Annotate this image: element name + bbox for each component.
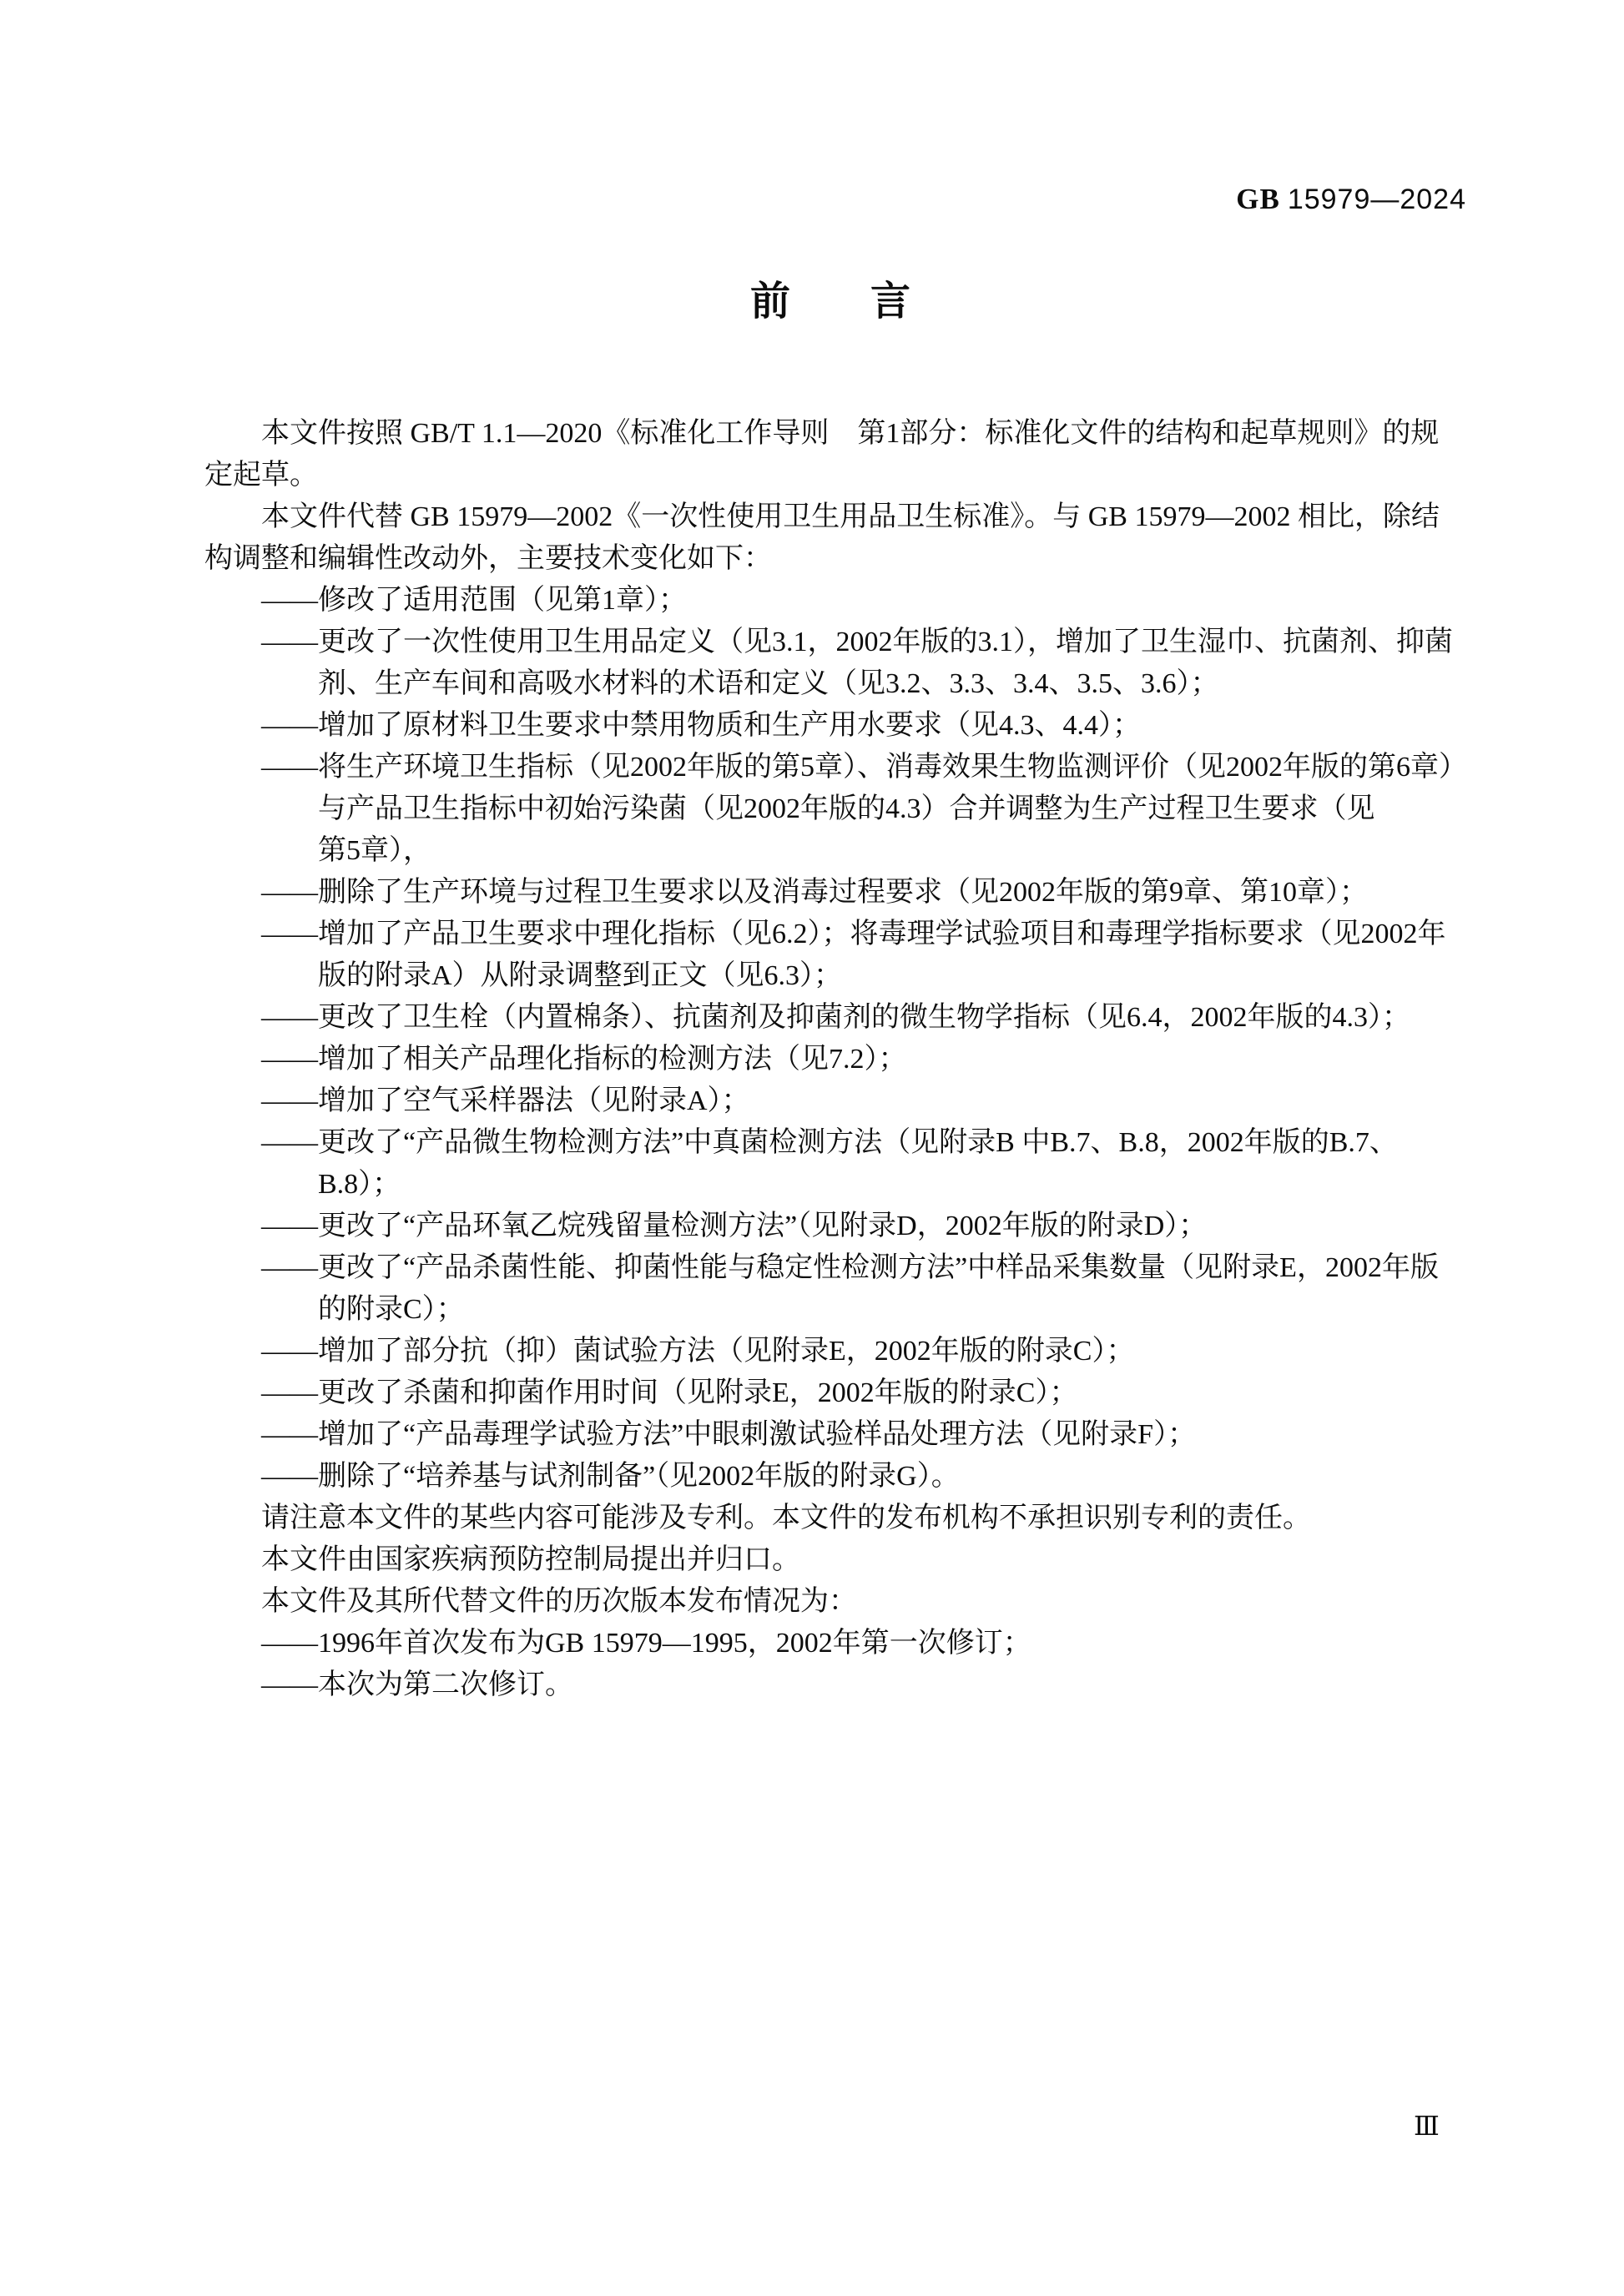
standard-code-prefix: GB [1236,183,1280,215]
foreword-line: ——更改了卫生栓（内置棉条）、抗菌剂及抑菌剂的微生物学指标（见6.4，2002年… [204,997,1466,1039]
foreword-line: ——增加了相关产品理化指标的检测方法（见7.2）； [204,1039,1466,1080]
foreword-line: ——增加了空气采样器法（见附录A）； [204,1080,1466,1122]
foreword-line: 本文件由国家疾病预防控制局提出并归口。 [204,1539,1466,1581]
foreword-line: ——更改了“产品微生物检测方法”中真菌检测方法（见附录B 中B.7、B.8，20… [204,1122,1466,1164]
foreword-line: ——增加了产品卫生要求中理化指标（见6.2）；将毒理学试验项目和毒理学指标要求（… [204,914,1466,955]
standard-code-number: 15979—2024 [1288,184,1466,215]
foreword-body: 本文件按照 GB/T 1.1—2020《标准化工作导则 第1部分：标准化文件的结… [204,413,1466,1706]
foreword-line: 请注意本文件的某些内容可能涉及专利。本文件的发布机构不承担识别专利的责任。 [204,1498,1466,1539]
foreword-line: ——将生产环境卫生指标（见2002年版的第5章）、消毒效果生物监测评价（见200… [204,747,1466,788]
standard-code: GB15979—2024 [1236,184,1466,221]
foreword-line: ——更改了杀菌和抑菌作用时间（见附录E，2002年版的附录C）； [204,1372,1466,1414]
document-page: GB15979—2024 前 言 本文件按照 GB/T 1.1—2020《标准化… [0,0,1624,2296]
foreword-line: ——删除了生产环境与过程卫生要求以及消毒过程要求（见2002年版的第9章、第10… [204,872,1466,914]
page-number: Ⅲ [1414,2112,1440,2140]
foreword-line: 与产品卫生指标中初始污染菌（见2002年版的4.3）合并调整为生产过程卫生要求（… [204,788,1466,830]
foreword-line: ——1996年首次发布为GB 15979—1995，2002年第一次修订； [204,1623,1466,1664]
foreword-line: 版的附录A）从附录调整到正文（见6.3）； [204,955,1466,997]
foreword-line: 的附录C）； [204,1289,1466,1331]
foreword-line: 本文件代替 GB 15979—2002《一次性使用卫生用品卫生标准》。与 GB … [204,496,1466,538]
foreword-line: 本文件及其所代替文件的历次版本发布情况为： [204,1581,1466,1623]
foreword-line: B.8）； [204,1164,1466,1206]
page-title: 前 言 [750,279,910,325]
foreword-line: ——增加了部分抗（抑）菌试验方法（见附录E，2002年版的附录C）； [204,1331,1466,1372]
foreword-line: 第5章）， [204,830,1466,872]
foreword-line: ——增加了“产品毒理学试验方法”中眼刺激试验样品处理方法（见附录F）； [204,1414,1466,1456]
foreword-line: ——本次为第二次修订。 [204,1664,1466,1706]
foreword-line: ——删除了“培养基与试剂制备”（见2002年版的附录G）。 [204,1456,1466,1498]
foreword-line: 本文件按照 GB/T 1.1—2020《标准化工作导则 第1部分：标准化文件的结… [204,413,1466,455]
foreword-line: ——增加了原材料卫生要求中禁用物质和生产用水要求（见4.3、4.4）； [204,705,1466,747]
foreword-line: 构调整和编辑性改动外，主要技术变化如下： [204,538,1466,580]
foreword-line: 剂、生产车间和高吸水材料的术语和定义（见3.2、3.3、3.4、3.5、3.6）… [204,663,1466,705]
foreword-line: ——更改了“产品杀菌性能、抑菌性能与稳定性检测方法”中样品采集数量（见附录E，2… [204,1247,1466,1289]
foreword-line: ——修改了适用范围（见第1章）； [204,580,1466,622]
foreword-line: ——更改了一次性使用卫生用品定义（见3.1，2002年版的3.1），增加了卫生湿… [204,622,1466,663]
foreword-line: 定起草。 [204,455,1466,496]
foreword-line: ——更改了“产品环氧乙烷残留量检测方法”（见附录D，2002年版的附录D）； [204,1206,1466,1247]
